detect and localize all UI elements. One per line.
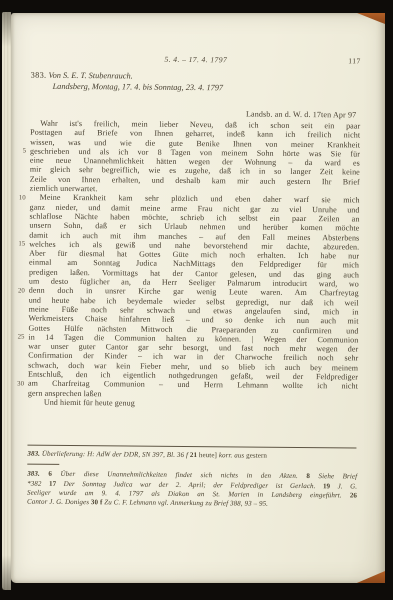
page-content: 5. 4. – 17. 4. 1797 117 383. Von S. E. T… xyxy=(26,12,361,585)
apparatus-commentary: 383. 6 Über diese Unannehmlichkeiten fin… xyxy=(27,470,357,510)
apparatus-text-segment: 30 f xyxy=(91,498,103,506)
apparatus-text-segment: 383. xyxy=(27,470,40,478)
critical-apparatus: 383. Überlieferung: H: AdW der DDR, SN 3… xyxy=(27,445,358,510)
apparatus-text-segment: J. G. xyxy=(330,482,357,490)
text-line: Und hiemit für heute genug xyxy=(28,398,358,410)
apparatus-text-segment xyxy=(41,479,49,487)
apparatus-text-segment: Zu C. F. Lehmann vgl. Anmerkung zu Brief… xyxy=(102,498,268,507)
page-number: 117 xyxy=(327,56,361,65)
margin-line-number: 5 xyxy=(15,147,26,156)
book-fore-edge xyxy=(2,12,11,590)
apparatus-rule-long xyxy=(27,445,356,449)
letter-heading-line2: Landsberg, Montag, 17. 4. bis Sonntag, 2… xyxy=(31,81,361,95)
book-page: 5. 4. – 17. 4. 1797 117 383. Von S. E. T… xyxy=(11,13,385,583)
apparatus-text-segment xyxy=(315,482,323,490)
apparatus-text-segment: Cantor J. G. Doniges xyxy=(27,498,89,507)
letter-heading: 383. Von S. E. T. Stubenrauch. Landsberg… xyxy=(31,70,361,95)
margin-line-number: 30 xyxy=(13,379,24,388)
apparatus-text-segment: heute] xyxy=(197,451,219,459)
letter-number: 383. xyxy=(31,71,47,80)
letter-sender: Von S. E. T. Stubenrauch. xyxy=(48,71,132,81)
letter-body: Wahr ist's freilich, mein lieber Neveu, … xyxy=(28,119,361,410)
margin-line-number: 10 xyxy=(15,193,26,202)
margin-line-number: 20 xyxy=(14,286,25,295)
apparatus-text-segment xyxy=(40,470,49,478)
apparatus-text-segment: 26 xyxy=(350,491,357,499)
apparatus-text-segment: *382 xyxy=(27,479,41,487)
apparatus-text-segment: 21 xyxy=(190,451,197,459)
apparatus-text-segment xyxy=(298,472,307,480)
running-header-dates: 5. 4. – 17. 4. 1797 xyxy=(31,54,327,66)
scanned-book-page: 5. 4. – 17. 4. 1797 117 383. Von S. E. T… xyxy=(0,0,393,600)
margin-line-number: 15 xyxy=(14,240,25,249)
apparatus-text-segment xyxy=(342,491,350,499)
apparatus-text-segment: Siehe Brief xyxy=(310,472,357,480)
apparatus-rule-short xyxy=(27,464,59,465)
apparatus-transmission-line: 383. Überlieferung: H: AdW der DDR, SN 3… xyxy=(27,450,357,462)
apparatus-text-segment: Überlieferung: H: AdW der DDR, SN 397, B… xyxy=(42,450,188,459)
apparatus-text-segment: korr. aus xyxy=(219,451,244,459)
running-header: 5. 4. – 17. 4. 1797 117 xyxy=(31,54,361,66)
apparatus-text-segment: 383. xyxy=(27,450,40,458)
margin-line-number: 25 xyxy=(13,333,24,342)
apparatus-text-segment: gestern xyxy=(244,452,267,460)
text-line-content: Und hiemit für heute genug xyxy=(28,398,358,410)
